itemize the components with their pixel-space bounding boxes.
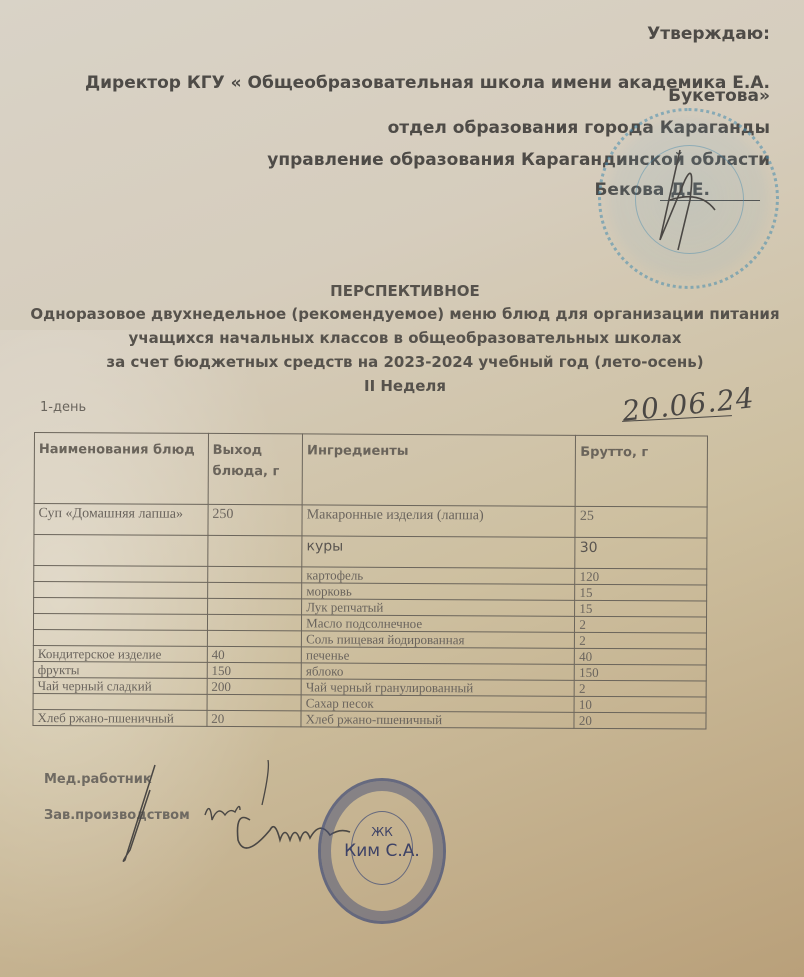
doc-title-line2: Одноразовое двухнедельное (рекомендуемое… [20,305,790,323]
cell-ingredient: Хлеб ржано-пшеничный [301,711,574,728]
cell-gross: 30 [575,537,707,569]
cell-ingredient: яблоко [301,663,574,680]
cell-ingredient: печенье [301,647,574,664]
cell-dish-name: Кондитерское изделие [33,645,207,662]
approve-label: Утверждаю: [647,24,770,44]
cell-ingredient: Чай черный гранулированный [301,679,574,696]
cell-yield: 250 [208,504,303,535]
cell-dish-name: фрукты [33,661,207,678]
cell-ingredient: Соль пищевая йодированная [302,631,575,648]
doc-title-main: ПЕРСПЕКТИВНОЕ [20,282,790,300]
stamp-top-text: ЖК [321,825,443,839]
header-ingredients: Ингредиенты [302,434,576,506]
table-row: куры30 [34,535,707,570]
menu-table: Наименования блюд Выход блюда, г Ингреди… [32,432,708,730]
cell-yield [207,598,301,614]
cell-yield: 150 [207,662,301,678]
cell-ingredient: Лук репчатый [302,599,575,616]
cell-gross: 25 [575,506,707,538]
cell-dish-name: Чай черный сладкий [33,677,207,694]
cell-yield [207,694,301,710]
cell-dish-name [34,582,208,599]
round-stamp: ЖК Ким С.А. [318,778,446,924]
cell-dish-name [33,614,207,631]
cell-dish-name: Хлеб ржано-пшеничный [33,709,207,726]
cell-dish-name [33,693,207,710]
cell-dish-name [34,566,208,583]
doc-title-line4: за счет бюджетных средств на 2023-2024 у… [20,353,790,371]
cell-gross: 2 [574,680,706,697]
cell-ingredient: Сахар песок [301,695,574,712]
med-worker-label: Мед.работник [44,772,152,787]
header-yield: Выход блюда, г [208,433,303,504]
official-seal-stamp [598,108,779,289]
cell-gross: 2 [575,632,707,649]
cell-yield [207,630,301,646]
cell-gross: 150 [575,664,707,681]
cell-yield: 200 [207,678,301,694]
stamp-name: Ким С.А. [321,841,443,861]
cell-yield [207,614,301,630]
cell-gross: 15 [575,600,707,617]
cell-yield: 20 [207,710,301,726]
cell-dish-name [34,598,208,615]
cell-ingredient: Масло подсолнечное [302,615,575,632]
cell-dish-name: Суп «Домашняя лапша» [34,504,208,536]
school-name-end: Букетова» [668,86,770,106]
seal-inner-ring [635,145,744,254]
cell-gross: 15 [575,584,707,601]
cell-gross: 2 [575,616,707,633]
table-row: Хлеб ржано-пшеничный20Хлеб ржано-пшеничн… [33,709,706,729]
cell-ingredient: картофель [302,567,575,584]
day-label: 1-день [40,400,86,415]
table-header-row: Наименования блюд Выход блюда, г Ингреди… [34,433,707,508]
header-gross: Брутто, г [575,435,707,507]
cell-dish-name [33,629,207,646]
cell-ingredient: Макаронные изделия (лапша) [302,505,575,537]
cell-gross: 20 [574,712,706,729]
cell-dish-name [34,535,208,567]
cell-gross: 10 [574,696,706,713]
table-row: Суп «Домашняя лапша»250Макаронные издели… [34,504,707,539]
cell-ingredient: морковь [302,583,575,600]
cell-gross: 40 [575,648,707,665]
cell-gross: 120 [575,568,707,585]
cell-yield [207,566,301,582]
cell-yield [207,582,301,598]
doc-title-line3: учащихся начальных классов в общеобразов… [20,329,790,347]
production-head-label: Зав.производством [44,808,190,823]
cell-ingredient: куры [302,536,575,568]
cell-yield: 40 [207,646,301,662]
header-dish-name: Наименования блюд [34,433,208,505]
cell-yield [208,535,303,566]
